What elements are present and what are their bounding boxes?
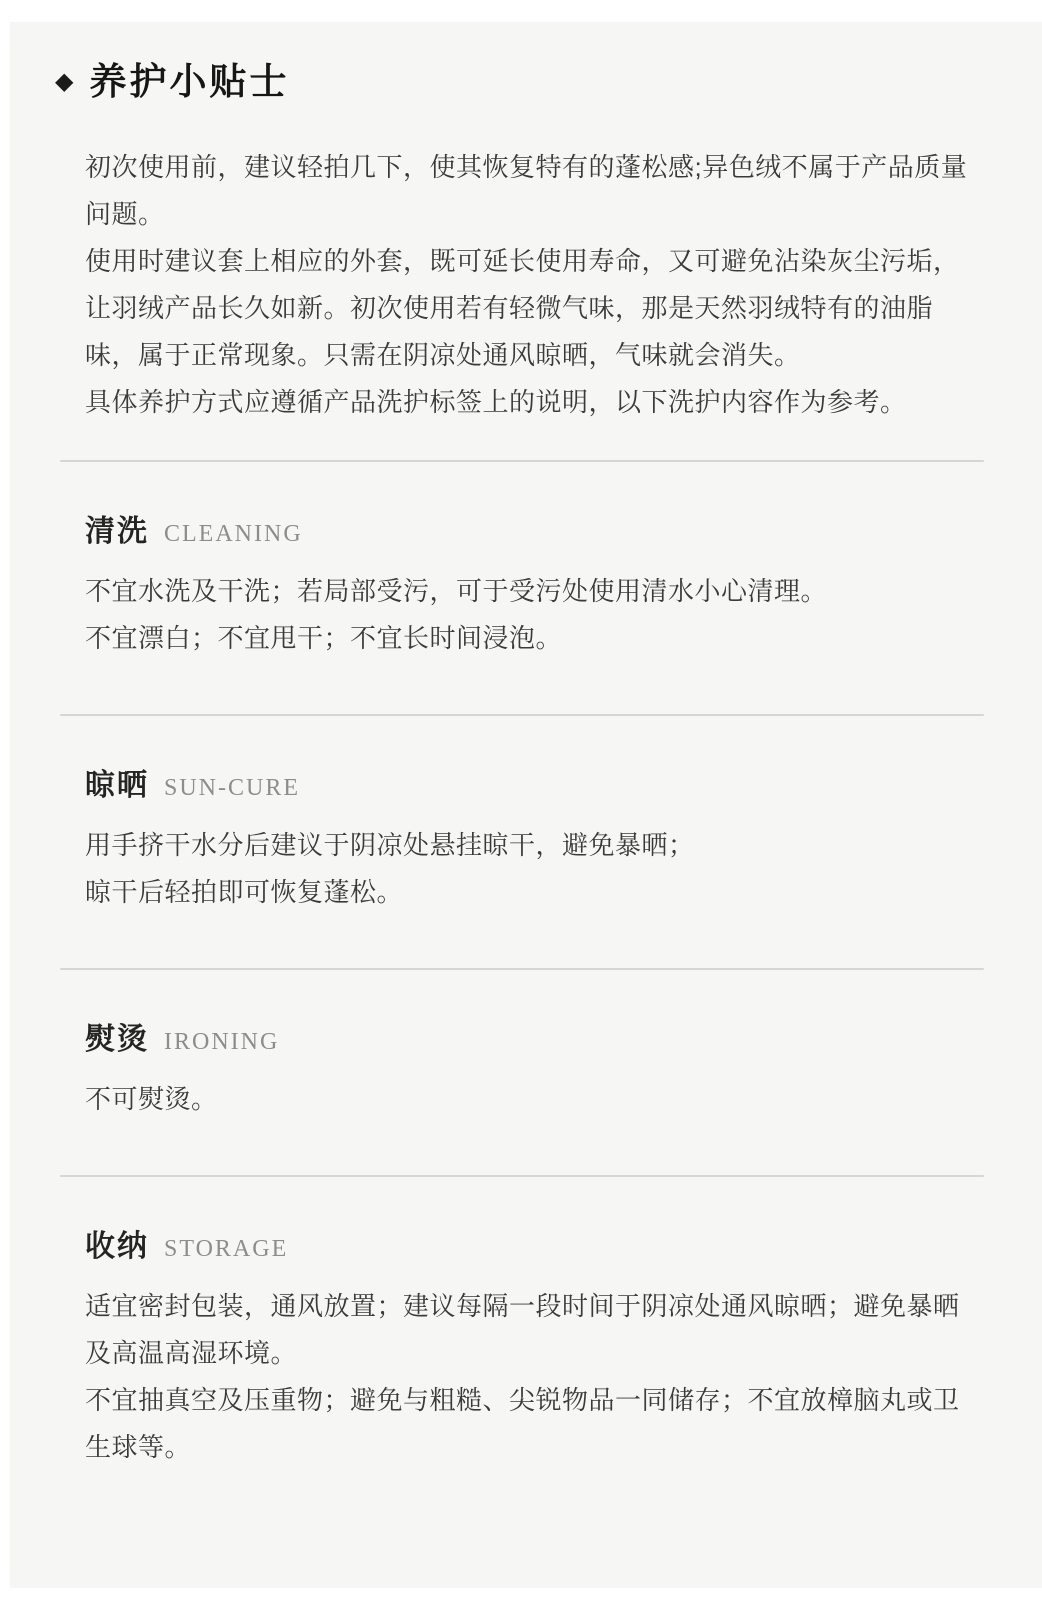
section-cleaning: 清洗 CLEANING 不宜水洗及干洗；若局部受污，可于受污处使用清水小心清理。… xyxy=(60,506,984,714)
section-storage: 收纳 STORAGE 适宜密封包装，通风放置；建议每隔一段时间于阴凉处通风晾晒；… xyxy=(60,1221,984,1523)
care-tips-panel: ◆ 养护小贴士 初次使用前，建议轻拍几下，使其恢复特有的蓬松感;异色绒不属于产品… xyxy=(10,22,1042,1588)
section-text-line: 不可熨烫。 xyxy=(85,1076,970,1123)
intro-paragraph: 使用时建议套上相应的外套，既可延长使用寿命，又可避免沾染灰尘污垢，让羽绒产品长久… xyxy=(85,238,970,379)
section-title-cn: 清洗 xyxy=(85,506,149,550)
section-title-en: CLEANING xyxy=(164,521,303,548)
section-title-cn: 晾晒 xyxy=(85,760,149,804)
section-divider xyxy=(60,460,984,462)
section-divider xyxy=(60,1175,984,1177)
page-title-row: ◆ 养护小贴士 xyxy=(55,60,984,104)
section-text-line: 适宜密封包装，通风放置；建议每隔一段时间于阴凉处通风晾晒；避免暴晒及高温高湿环境… xyxy=(85,1283,970,1377)
section-text-line: 不宜抽真空及压重物；避免与粗糙、尖锐物品一同储存；不宜放樟脑丸或卫生球等。 xyxy=(85,1377,970,1471)
diamond-bullet-icon: ◆ xyxy=(55,70,73,94)
section-text-line: 不宜水洗及干洗；若局部受污，可于受污处使用清水小心清理。 xyxy=(85,568,970,615)
section-title-cn: 熨烫 xyxy=(85,1014,149,1058)
section-title-en: IRONING xyxy=(164,1029,279,1056)
section-title-en: STORAGE xyxy=(164,1236,288,1263)
section-body: 用手挤干水分后建议于阴凉处悬挂晾干，避免暴晒； 晾干后轻拍即可恢复蓬松。 xyxy=(85,822,970,966)
section-title-cn: 收纳 xyxy=(85,1221,149,1265)
section-heading: 收纳 STORAGE xyxy=(85,1221,970,1265)
section-divider xyxy=(60,968,984,970)
section-body: 不可熨烫。 xyxy=(85,1076,970,1173)
section-title-en: SUN-CURE xyxy=(164,775,300,802)
section-text-line: 晾干后轻拍即可恢复蓬松。 xyxy=(85,869,970,916)
section-heading: 晾晒 SUN-CURE xyxy=(85,760,970,804)
intro-paragraph: 具体养护方式应遵循产品洗护标签上的说明，以下洗护内容作为参考。 xyxy=(85,379,970,426)
section-ironing: 熨烫 IRONING 不可熨烫。 xyxy=(60,1014,984,1175)
intro-paragraphs: 初次使用前，建议轻拍几下，使其恢复特有的蓬松感;异色绒不属于产品质量问题。 使用… xyxy=(85,144,970,426)
section-body: 适宜密封包装，通风放置；建议每隔一段时间于阴凉处通风晾晒；避免暴晒及高温高湿环境… xyxy=(85,1283,970,1521)
section-heading: 熨烫 IRONING xyxy=(85,1014,970,1058)
section-body: 不宜水洗及干洗；若局部受污，可于受污处使用清水小心清理。 不宜漂白；不宜甩干；不… xyxy=(85,568,970,712)
page-title: 养护小贴士 xyxy=(89,60,289,104)
section-heading: 清洗 CLEANING xyxy=(85,506,970,550)
intro-paragraph: 初次使用前，建议轻拍几下，使其恢复特有的蓬松感;异色绒不属于产品质量问题。 xyxy=(85,144,970,238)
care-tips-content: ◆ 养护小贴士 初次使用前，建议轻拍几下，使其恢复特有的蓬松感;异色绒不属于产品… xyxy=(10,22,1042,1523)
section-text-line: 不宜漂白；不宜甩干；不宜长时间浸泡。 xyxy=(85,615,970,662)
section-divider xyxy=(60,714,984,716)
section-text-line: 用手挤干水分后建议于阴凉处悬挂晾干，避免暴晒； xyxy=(85,822,970,869)
section-suncure: 晾晒 SUN-CURE 用手挤干水分后建议于阴凉处悬挂晾干，避免暴晒； 晾干后轻… xyxy=(60,760,984,968)
